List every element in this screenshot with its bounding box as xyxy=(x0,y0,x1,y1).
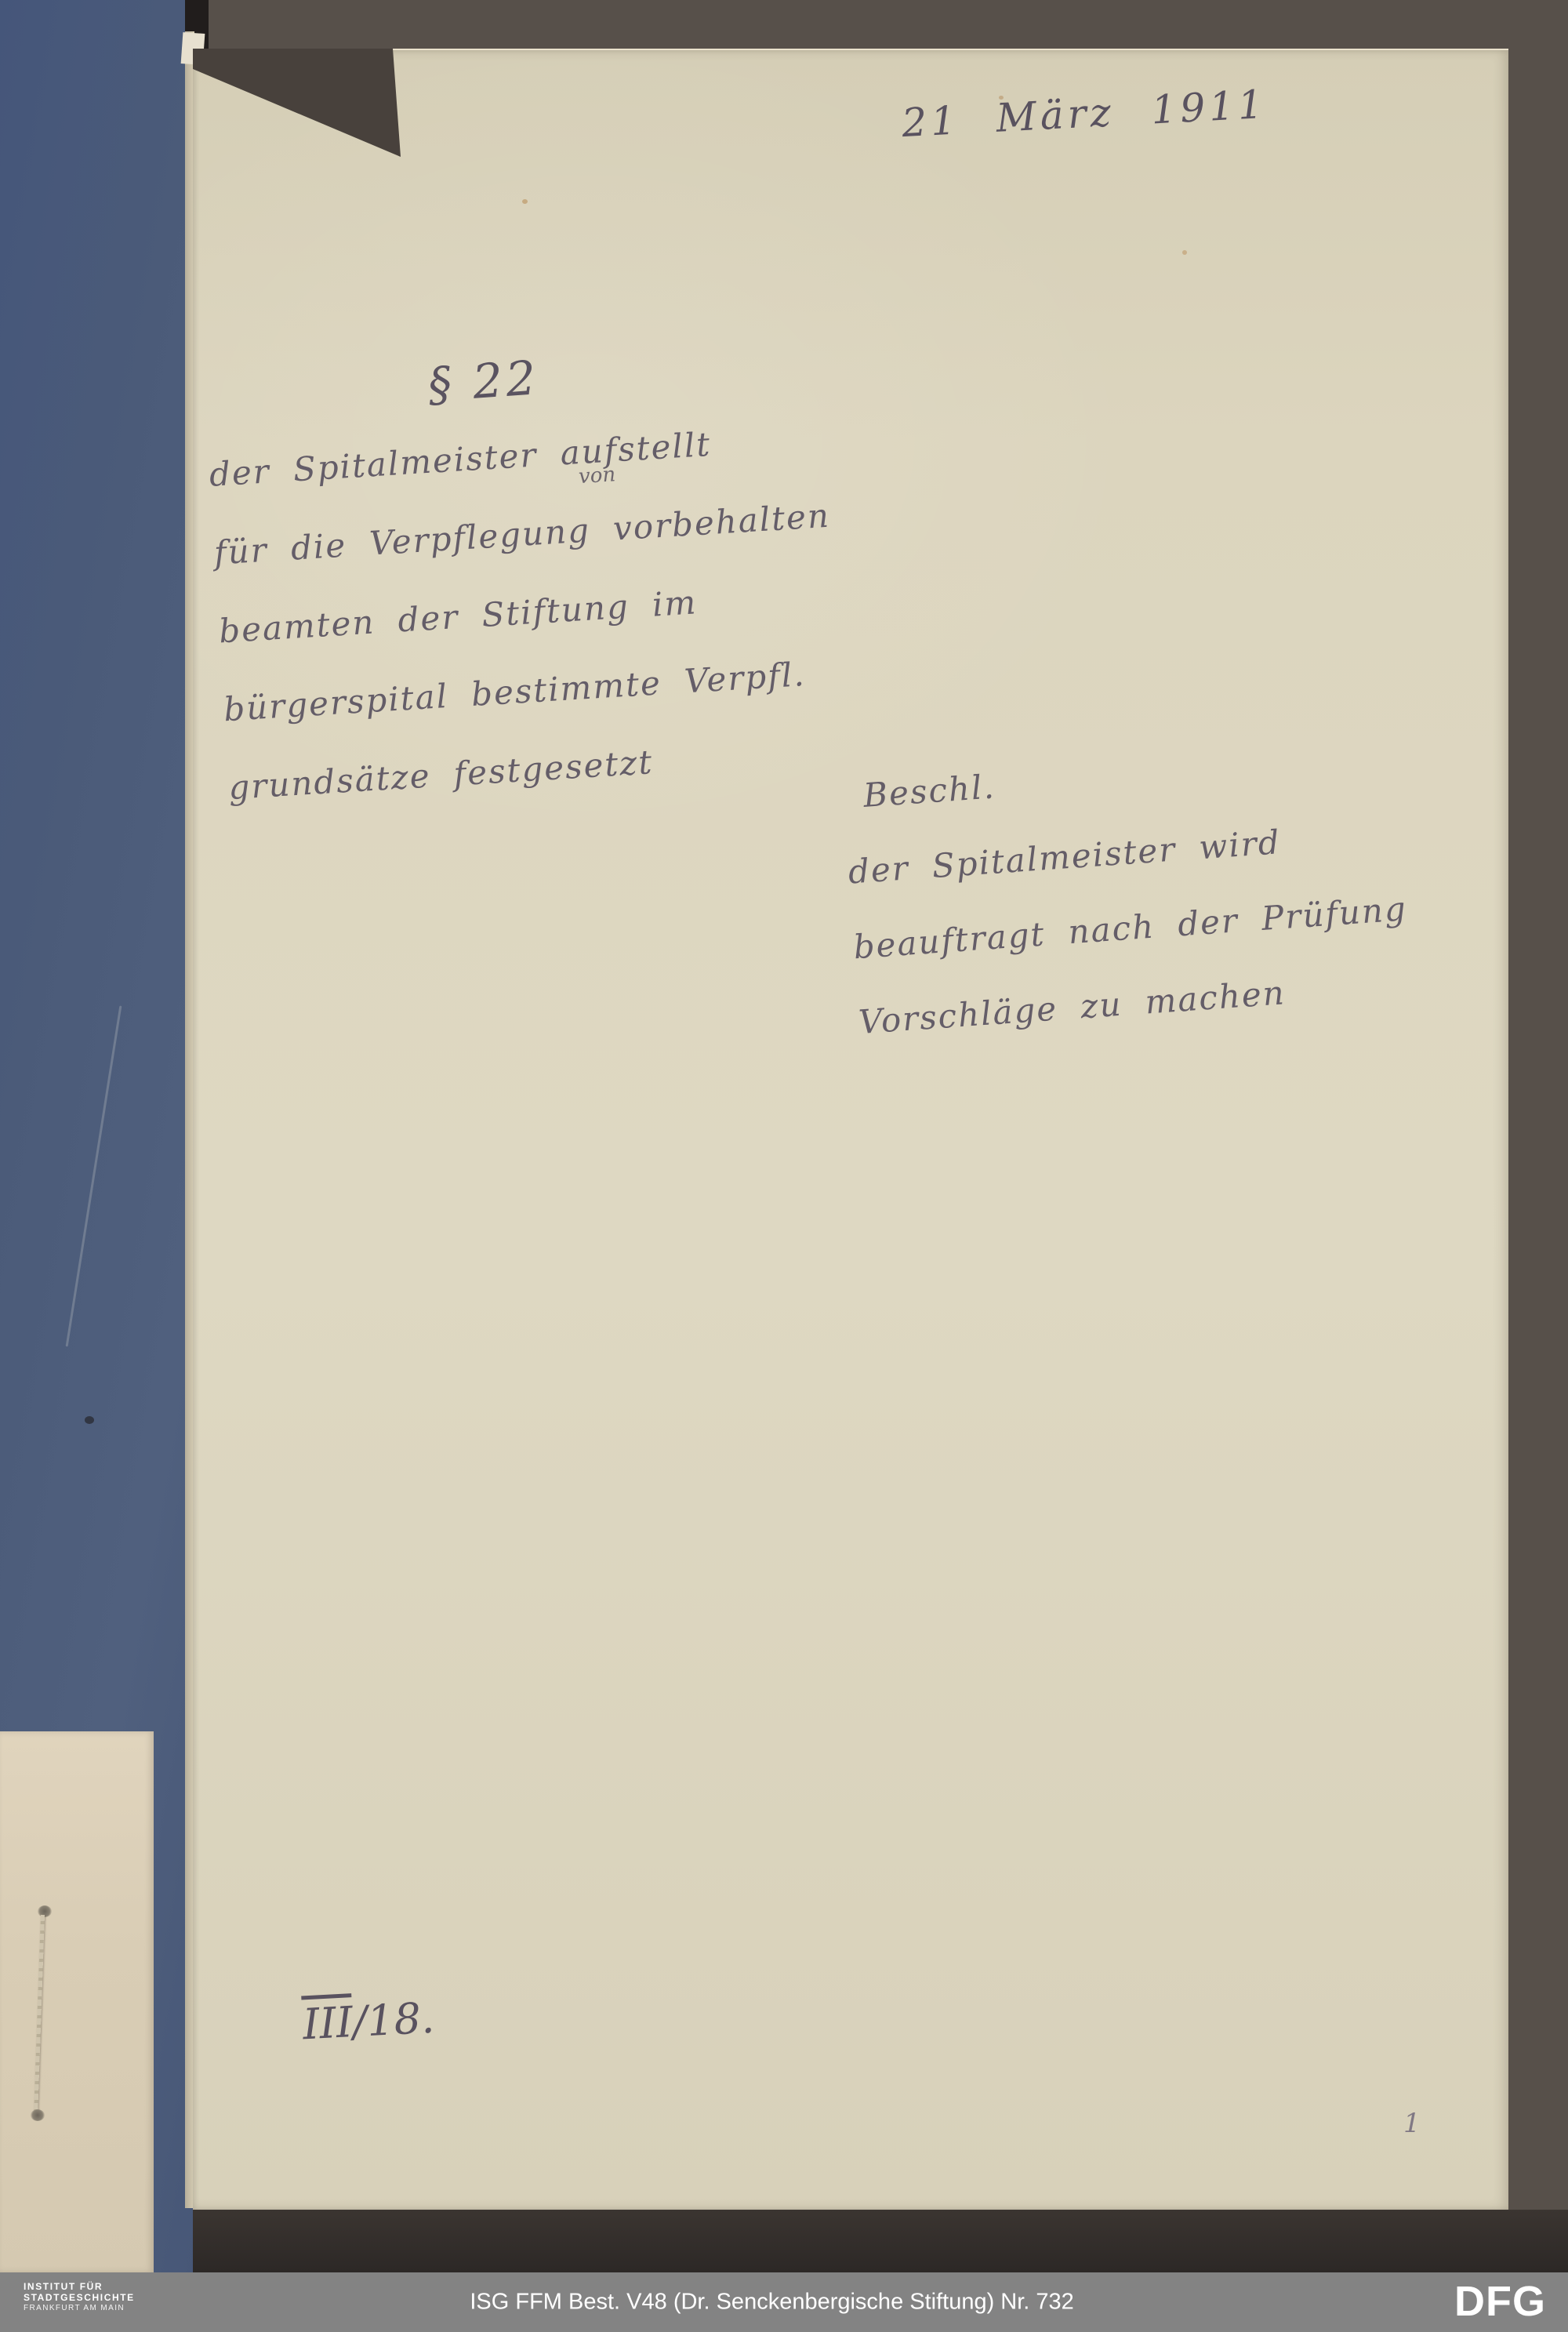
decision-note: Beschl. der Spitalmeister wird beauftrag… xyxy=(840,721,1415,1060)
stitched-paper-fragment xyxy=(0,1731,154,2272)
paper-speck xyxy=(1182,250,1187,255)
background-shadow xyxy=(193,2210,1568,2272)
archive-reference: ISG FFM Best. V48 (Dr. Senckenbergische … xyxy=(470,2290,1073,2316)
page-corner-shadow xyxy=(193,49,428,174)
footer-bar: INSTITUT FÜR STADTGESCHICHTE FRANKFURT A… xyxy=(0,2272,1568,2332)
binding-thread xyxy=(34,1915,45,2114)
institution-line: FRANKFURT AM MAIN xyxy=(24,2303,135,2313)
paper-speck xyxy=(522,199,528,204)
cover-blotch xyxy=(85,1416,94,1424)
file-reference-number: /18. xyxy=(351,1993,435,2047)
date-annotation: 21 März 1911 xyxy=(901,82,1268,146)
manuscript-page: 21 März 1911 § 22 der Spitalmeister aufs… xyxy=(193,49,1508,2211)
institution-logo: INSTITUT FÜR STADTGESCHICHTE FRANKFURT A… xyxy=(24,2281,135,2313)
dfg-logo: DFG xyxy=(1454,2277,1546,2326)
stitch-hole-top xyxy=(38,1905,52,1917)
paper-speck xyxy=(999,96,1004,100)
cover-scratch xyxy=(66,1005,122,1346)
pencil-mark: 1 xyxy=(1403,2108,1421,2139)
scanned-document: 21 März 1911 § 22 der Spitalmeister aufs… xyxy=(0,0,1568,2332)
stitch-hole-bottom xyxy=(31,2109,45,2121)
section-number: § 22 xyxy=(426,351,541,413)
institution-line: STADTGESCHICHTE xyxy=(24,2292,135,2303)
file-reference-roman: III xyxy=(301,1997,354,2049)
inserted-word: von xyxy=(578,463,616,489)
file-reference-mark: III/18. xyxy=(301,1993,435,2050)
institution-line: INSTITUT FÜR xyxy=(24,2281,135,2292)
